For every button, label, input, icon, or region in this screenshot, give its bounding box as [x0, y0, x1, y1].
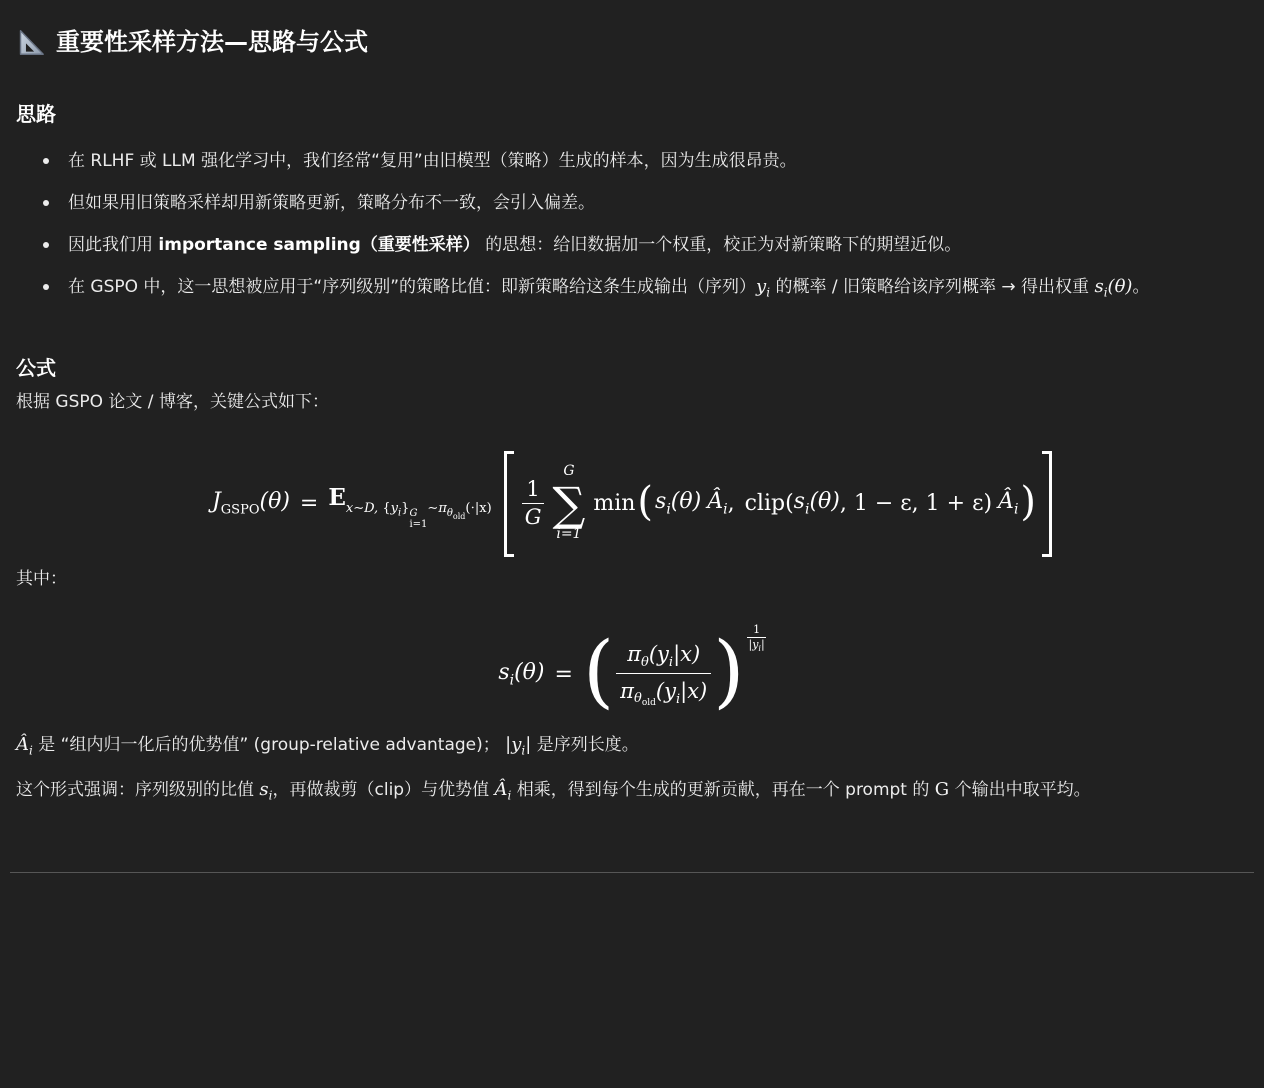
exponent-fraction: 1|yi| — [747, 623, 765, 654]
approach-list: 在 RLHF 或 LLM 强化学习中，我们经常“复用”由旧模型（策略）生成的样本… — [16, 141, 1248, 313]
right-big-paren: ) — [713, 631, 744, 711]
bullet-text: 的概率 / 旧策略给该序列概率 → 得出权重 — [770, 277, 1094, 297]
left-square-bracket — [504, 451, 514, 557]
clip-operator: clip( — [745, 491, 794, 516]
bullet-text: 在 GSPO 中，这一思想被应用于“序列级别”的策略比值：即新策略给这条生成输出… — [68, 277, 756, 297]
summation: G∑i=1 — [552, 464, 585, 542]
formula-lhs: si(θ) — [498, 660, 544, 688]
page-title: 重要性采样方法—思路与公式 — [16, 0, 1248, 59]
fraction-numerator: πθ(yi|x) — [627, 639, 700, 673]
section-heading-formula: 公式 — [16, 354, 1248, 382]
closing-text: ，再做裁剪（clip）与优势值 — [273, 780, 495, 800]
message-content: 重要性采样方法—思路与公式 思路 在 RLHF 或 LLM 强化学习中，我们经常… — [0, 0, 1264, 873]
left-big-paren: ( — [637, 482, 653, 522]
equals-sign: = — [555, 662, 573, 687]
message-divider — [10, 872, 1254, 873]
bullet-bold-text: importance sampling（重要性采样） — [158, 235, 479, 255]
bullet-text: 在 RLHF 或 LLM 强化学习中，我们经常“复用”由旧模型（策略）生成的样本… — [68, 151, 797, 171]
inline-math-ahat: Âi — [16, 734, 33, 755]
advantage-definition-line: Âi 是 “组内归一化后的优势值” (group-relative advant… — [16, 725, 1248, 771]
section-heading-approach: 思路 — [16, 100, 1248, 128]
page-title-text: 重要性采样方法—思路与公式 — [56, 25, 368, 59]
fraction-denominator: πθold(yi|x) — [616, 673, 711, 710]
bullet-text: 因此我们用 — [68, 235, 158, 255]
closing-text: 这个形式强调：序列级别的比值 — [16, 780, 259, 800]
ratio-term: si(θ) — [655, 489, 701, 517]
inline-math-si: si — [259, 779, 272, 800]
where-label: 其中： — [16, 559, 1248, 599]
list-item: 在 GSPO 中，这一思想被应用于“序列级别”的策略比值：即新策略给这条生成输出… — [68, 267, 1248, 313]
expectation-term: Ex∼D, {yi}Gi=1∼πθold(⋅|x) — [328, 484, 491, 530]
closing-paragraph: 这个形式强调：序列级别的比值 si，再做裁剪（clip）与优势值 Âi 相乘，得… — [16, 770, 1248, 816]
inline-math-G: G — [935, 779, 949, 800]
epsilon-bounds: , 1 − ε, 1 + ε) — [840, 491, 992, 516]
formula-lhs: JGSPO(θ) — [212, 489, 290, 517]
right-big-paren: ) — [1020, 482, 1036, 522]
right-square-bracket — [1042, 451, 1052, 557]
bullet-text: 但如果用旧策略采样却用新策略更新，策略分布不一致，会引入偏差。 — [68, 193, 595, 213]
list-item: 但如果用旧策略采样却用新策略更新，策略分布不一致，会引入偏差。 — [68, 183, 1248, 223]
inline-math-si-theta: si(θ) — [1094, 276, 1132, 297]
advantage-term: Âi — [707, 489, 727, 517]
one-over-G-fraction: 1G — [522, 476, 545, 532]
advantage-term: Âi — [998, 489, 1018, 517]
equals-sign: = — [300, 491, 318, 516]
comma: , — [728, 491, 735, 516]
importance-ratio-formula: si(θ) = ( πθ(yi|x) πθold(yi|x) ) 1|yi| — [16, 625, 1248, 725]
formula-intro: 根据 GSPO 论文 / 博客，关键公式如下： — [16, 382, 1248, 422]
bullet-text: 。 — [1132, 277, 1149, 297]
closing-text: 个输出中取平均。 — [949, 780, 1090, 800]
definition-text: 是 “组内归一化后的优势值” (group-relative advantage… — [33, 735, 505, 755]
definition-text: 是序列长度。 — [531, 735, 638, 755]
list-item: 因此我们用 importance sampling（重要性采样） 的思想：给旧数… — [68, 225, 1248, 265]
ratio-term: si(θ) — [794, 489, 840, 517]
inline-math-ahat: Âi — [495, 779, 512, 800]
bullet-text: 的思想：给旧数据加一个权重，校正为对新策略下的期望近似。 — [480, 235, 961, 255]
inline-math-yabs: |yi| — [505, 734, 531, 755]
inline-math-yi: yi — [756, 276, 770, 297]
min-operator: min — [593, 491, 635, 516]
list-item: 在 RLHF 或 LLM 强化学习中，我们经常“复用”由旧模型（策略）生成的样本… — [68, 141, 1248, 181]
gspo-objective-formula: JGSPO(θ) = Ex∼D, {yi}Gi=1∼πθold(⋅|x) 1G … — [16, 449, 1248, 559]
policy-ratio-fraction: πθ(yi|x) πθold(yi|x) — [616, 639, 711, 710]
closing-text: 相乘，得到每个生成的更新贡献，再在一个 prompt 的 — [511, 780, 934, 800]
triangular-ruler-icon — [16, 28, 45, 57]
left-big-paren: ( — [583, 631, 614, 711]
